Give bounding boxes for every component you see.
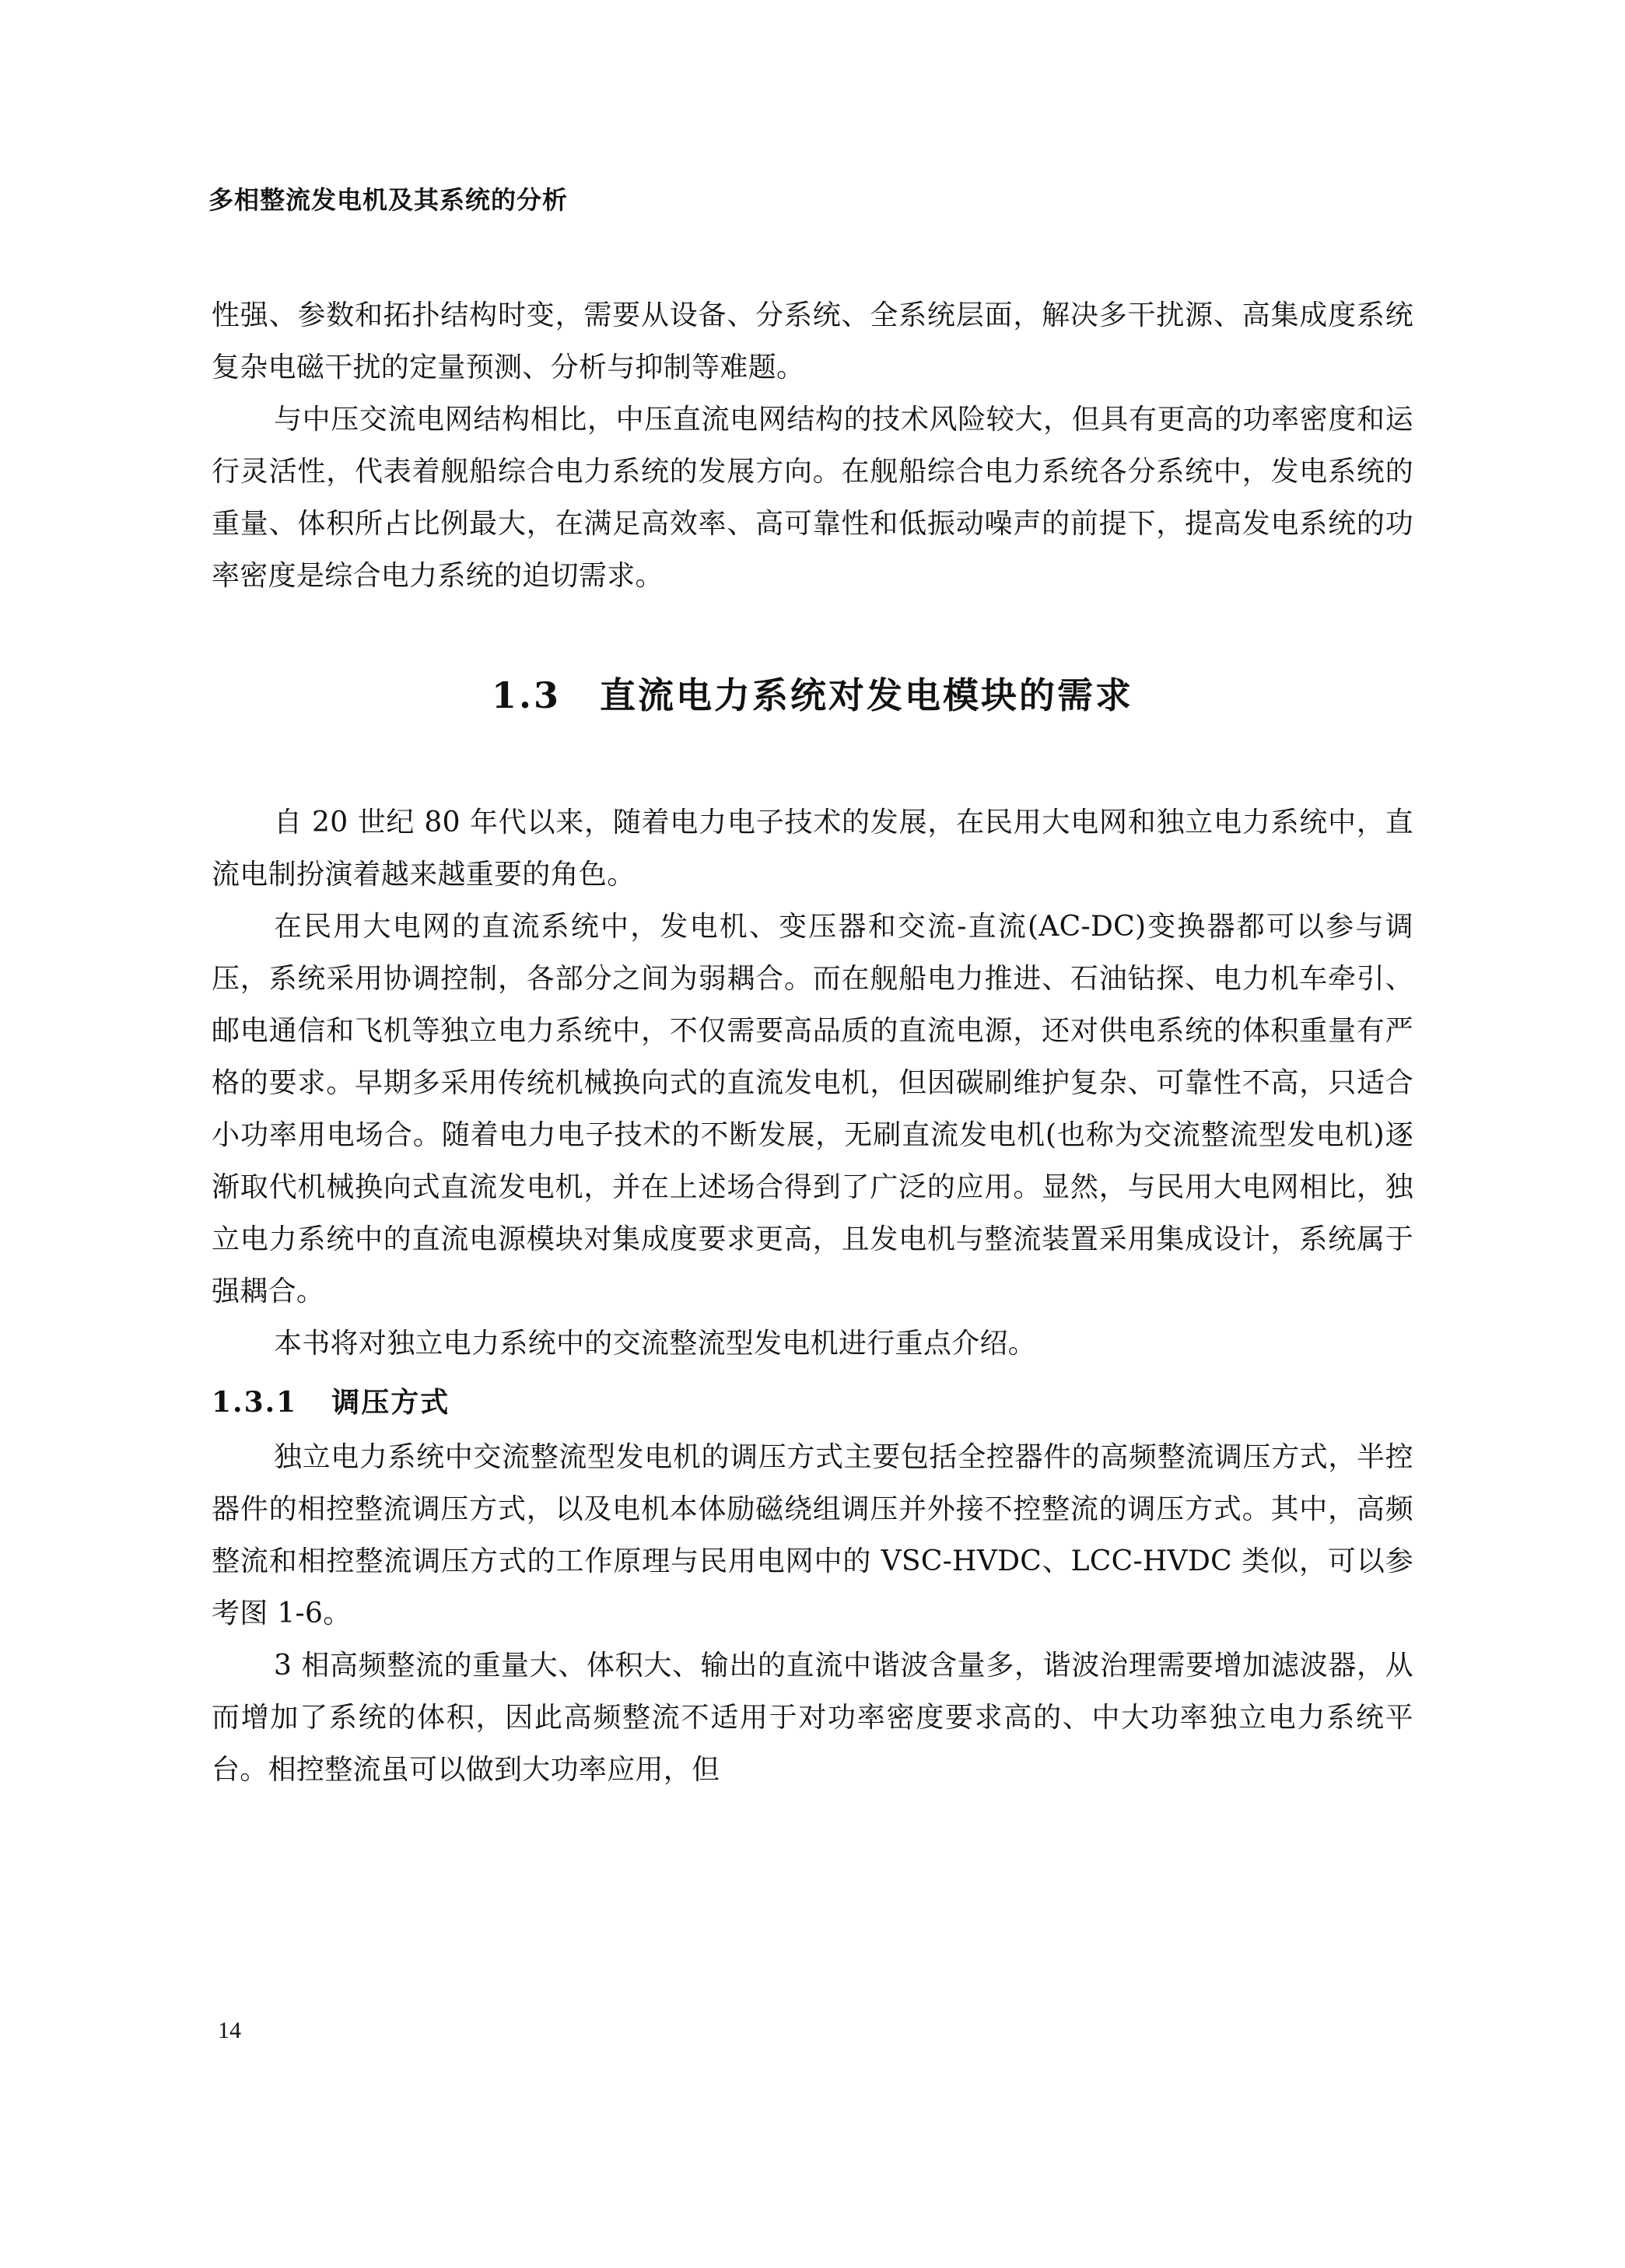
paragraph: 自 20 世纪 80 年代以来，随着电力电子技术的发展，在民用大电网和独立电力系… [212, 796, 1413, 901]
section-title: 直流电力系统对发电模块的需求 [600, 674, 1133, 716]
section-number: 1.3 [492, 674, 561, 716]
paragraph: 本书将对独立电力系统中的交流整流型发电机进行重点介绍。 [212, 1318, 1413, 1370]
subsection-number: 1.3.1 [212, 1386, 297, 1419]
spacer [212, 719, 1413, 796]
subsection-title: 调压方式 [331, 1387, 450, 1419]
page-body: 性强、参数和拓扑结构时变，需要从设备、分系统、全系统层面，解决多干扰源、高集成度… [212, 289, 1413, 1796]
running-header: 多相整流发电机及其系统的分析 [208, 180, 568, 216]
spacer [212, 1420, 1413, 1431]
paragraph: 与中压交流电网结构相比，中压直流电网结构的技术风险较大，但具有更高的功率密度和运… [212, 394, 1413, 602]
paragraph-continued: 性强、参数和拓扑结构时变，需要从设备、分系统、全系统层面，解决多干扰源、高集成度… [212, 289, 1413, 394]
page-number: 14 [218, 2018, 241, 2044]
spacer [212, 602, 1413, 667]
section-heading: 1.3直流电力系统对发电模块的需求 [212, 667, 1413, 719]
spacer [212, 1370, 1413, 1381]
paragraph: 独立电力系统中交流整流型发电机的调压方式主要包括全控器件的高频整流调压方式，半控… [212, 1431, 1413, 1640]
paragraph: 3 相高频整流的重量大、体积大、输出的直流中谐波含量多，谐波治理需要增加滤波器，… [212, 1640, 1413, 1796]
paragraph: 在民用大电网的直流系统中，发电机、变压器和交流-直流(AC-DC)变换器都可以参… [212, 901, 1413, 1318]
subsection-heading: 1.3.1调压方式 [212, 1381, 1413, 1420]
